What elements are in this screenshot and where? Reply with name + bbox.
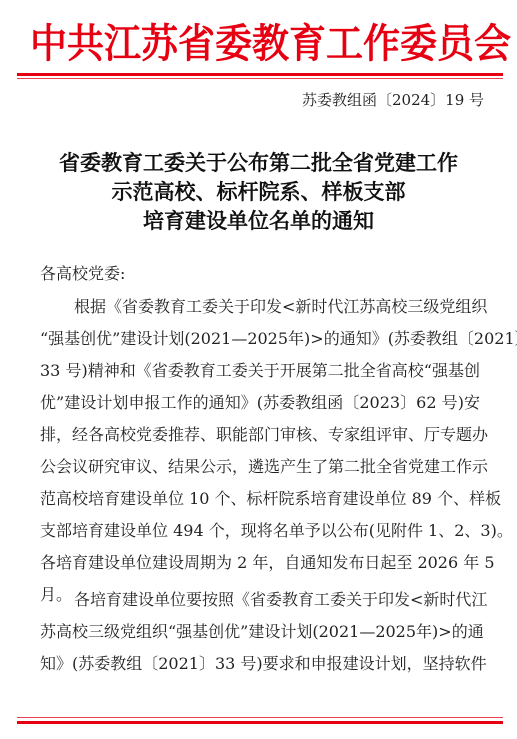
paragraph-line: 苏高校三级党组织“强基创优”建设计划(2021—2025年)>的通 — [40, 616, 480, 648]
document-title: 省委教育工委关于公布第二批全省党建工作 示范高校、标杆院系、样板支部 培育建设单… — [0, 148, 517, 235]
paragraph-line: 各培育建设单位建设周期为 2 年，自通知发布日起至 2026 年 5 — [40, 547, 480, 579]
red-footer-rule-thin — [17, 717, 503, 718]
red-footer-rule-thick — [17, 721, 503, 724]
paragraph-line: “强基创优”建设计划(2021—2025年)>的通知》(苏委教组〔2021〕 — [40, 323, 480, 355]
red-header-rule-thin — [17, 78, 503, 79]
paragraph-line: 范高校培育建设单位 10 个、标杆院系培育建设单位 89 个、样板 — [40, 483, 480, 515]
title-line-3: 培育建设单位名单的通知 — [0, 206, 517, 235]
paragraph-line: 33 号)精神和《省委教育工委关于开展第二批全省高校“强基创 — [40, 355, 480, 387]
paragraph-line: 排，经各高校党委推荐、职能部门审核、专家组评审、厅专题办 — [40, 419, 480, 451]
red-header-rule-thick — [17, 73, 503, 76]
paragraph-line: 各培育建设单位要按照《省委教育工委关于印发<新时代江 — [40, 584, 480, 616]
paragraph-line: 公会议研究审议、结果公示，遴选产生了第二批全省党建工作示 — [40, 451, 480, 483]
title-line-1: 省委教育工委关于公布第二批全省党建工作 — [0, 148, 517, 177]
paragraph-line: 支部培育建设单位 494 个，现将名单予以公布(见附件 1、2、3)。 — [40, 515, 480, 547]
title-line-2: 示范高校、标杆院系、样板支部 — [0, 177, 517, 206]
document-number: 苏委教组函〔2024〕19 号 — [302, 90, 480, 110]
salutation: 各高校党委: — [40, 262, 125, 286]
paragraph-1: 根据《省委教育工委关于印发<新时代江苏高校三级党组织 “强基创优”建设计划(20… — [40, 291, 480, 611]
paragraph-line: 根据《省委教育工委关于印发<新时代江苏高校三级党组织 — [40, 291, 480, 323]
paragraph-2: 各培育建设单位要按照《省委教育工委关于印发<新时代江 苏高校三级党组织“强基创优… — [40, 584, 480, 680]
issuing-organization-title: 中共江苏省委教育工作委员会 — [30, 16, 490, 70]
paragraph-line: 知》(苏委教组〔2021〕33 号)要求和申报建设计划，坚持软件 — [40, 648, 480, 680]
paragraph-line: 优”建设计划申报工作的通知》(苏委教组函〔2023〕62 号)安 — [40, 387, 480, 419]
